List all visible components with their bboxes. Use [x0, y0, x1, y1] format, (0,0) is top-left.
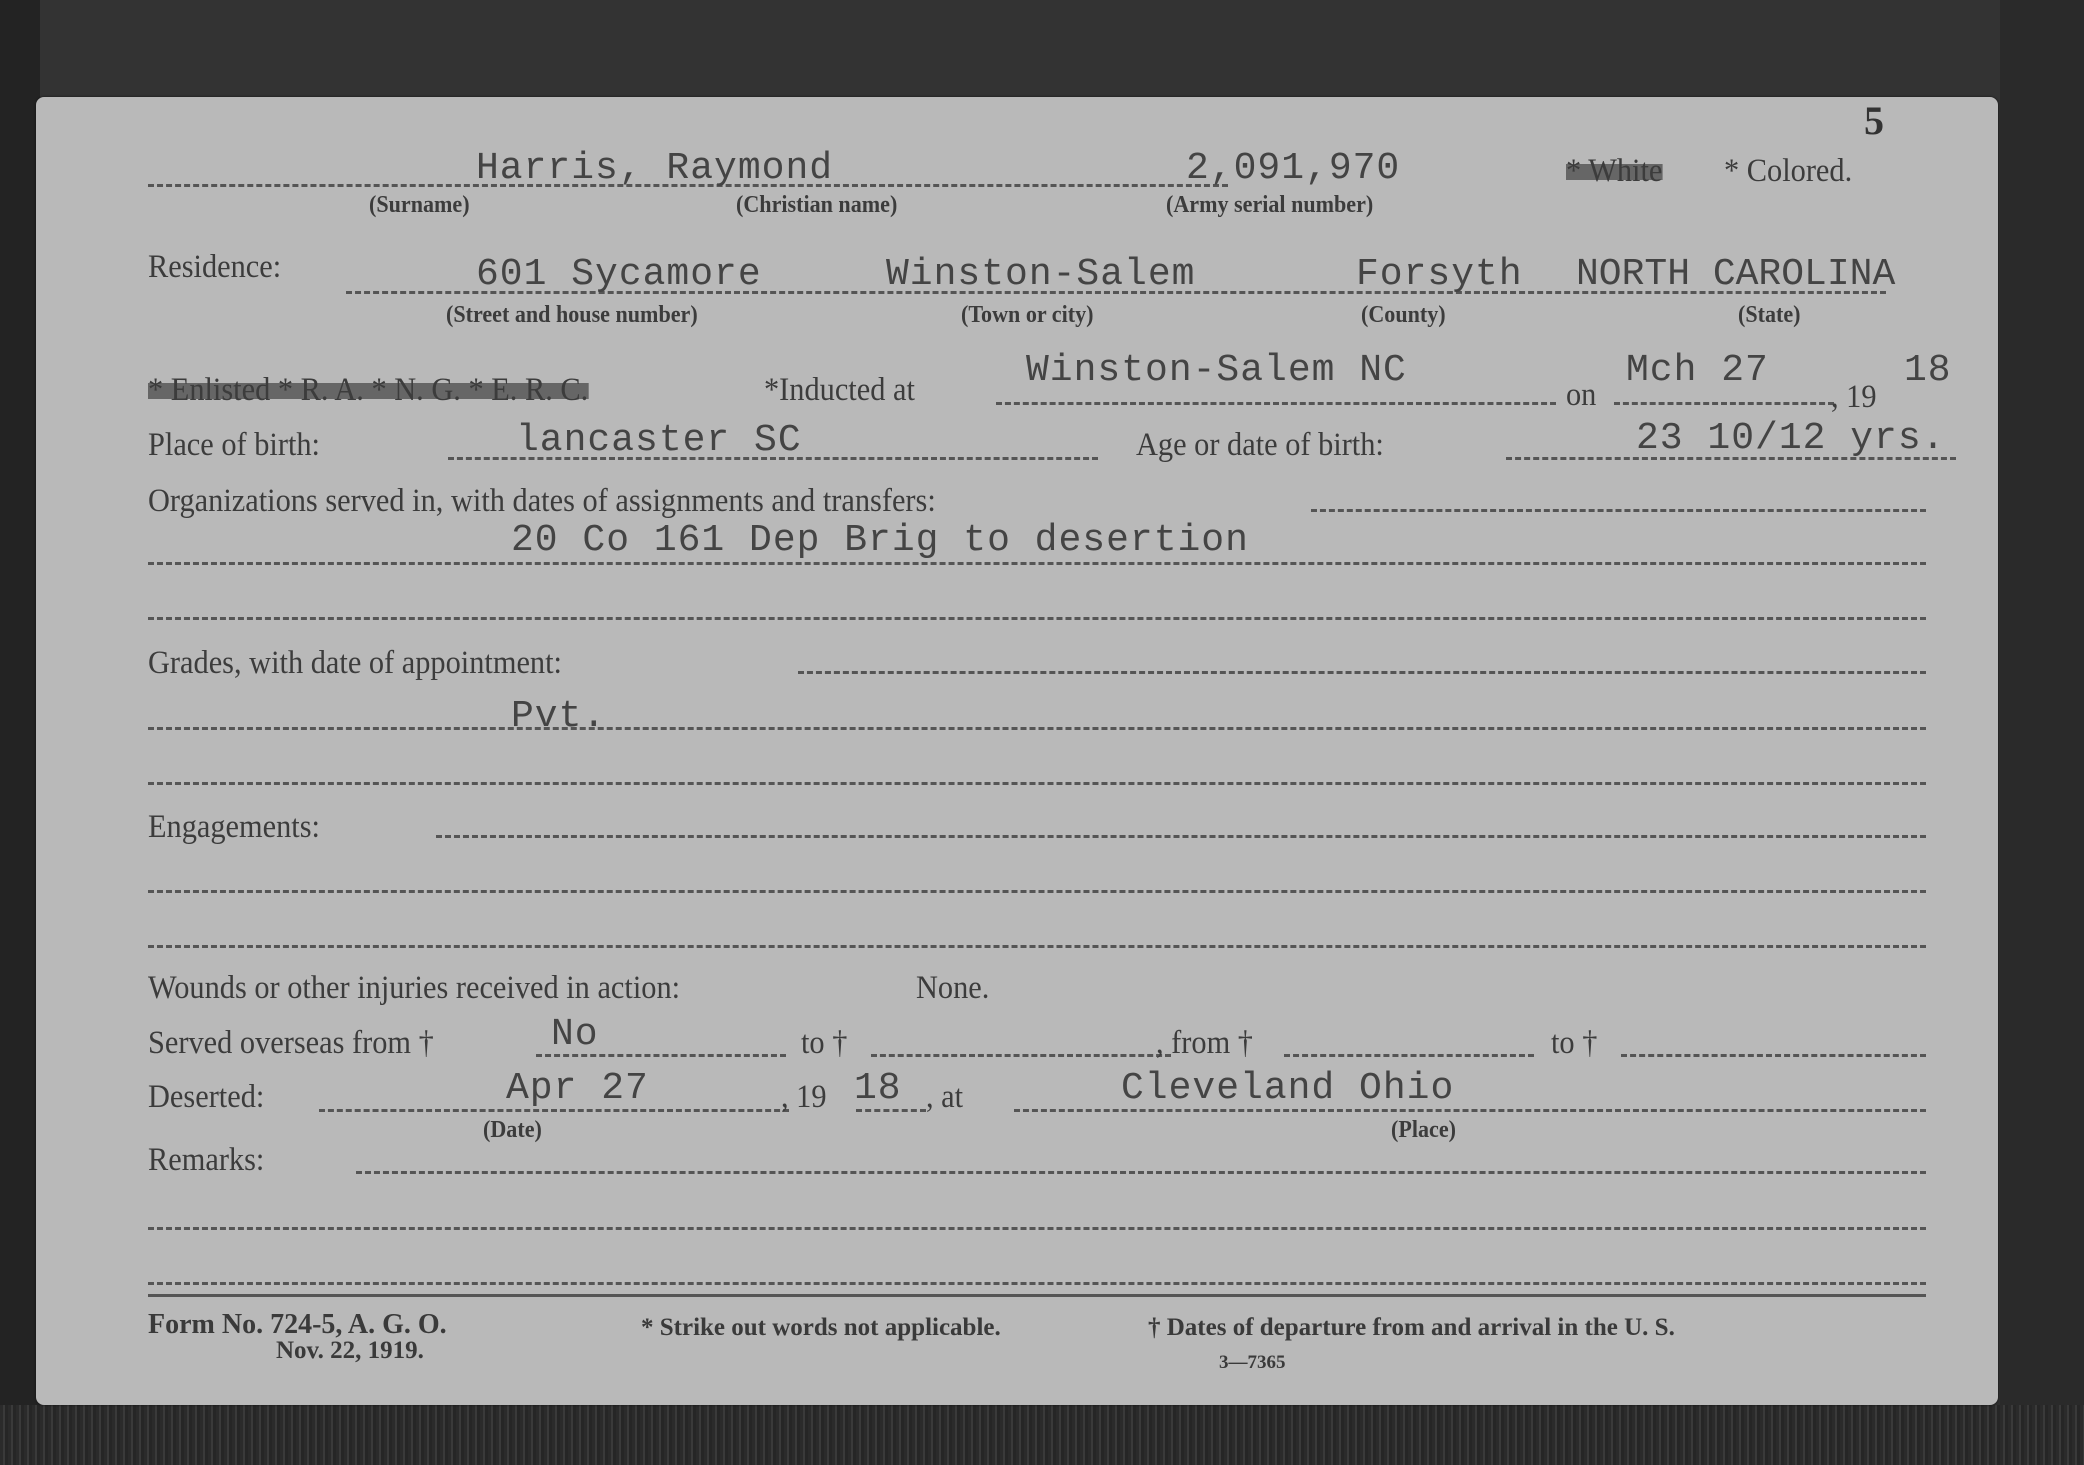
- induction-year-value: 18: [1904, 349, 1952, 392]
- name-value: Harris, Raymond: [476, 147, 833, 190]
- engagements-line-2: [148, 890, 1926, 893]
- dagger-note: † Dates of departure from and arrival in…: [1148, 1314, 1675, 1342]
- deserted-label: Deserted:: [148, 1079, 264, 1116]
- overseas-from-value: No: [551, 1013, 599, 1056]
- residence-street: 601 Sycamore: [476, 253, 762, 296]
- deserted-year-line: [856, 1109, 926, 1112]
- form-date: Nov. 22, 1919.: [276, 1337, 424, 1365]
- background-bottom: [0, 1405, 2084, 1465]
- grades-label: Grades, with date of appointment:: [148, 645, 562, 682]
- induction-date-value: Mch 27: [1626, 349, 1769, 392]
- residence-county: Forsyth: [1356, 253, 1523, 296]
- deserted-date-value: Apr 27: [506, 1067, 649, 1110]
- organizations-line-2: [148, 562, 1926, 565]
- race-white-text: * White: [1566, 153, 1662, 189]
- overseas-from-label: Served overseas from †: [148, 1025, 434, 1062]
- grades-line-3: [148, 782, 1926, 785]
- street-caption: (Street and house number): [446, 302, 698, 329]
- enlistment-options: * Enlisted * R. A. * N. G. * E. R. C.: [148, 372, 588, 409]
- grades-line-1: [798, 671, 1926, 674]
- overseas-to2-line: [1621, 1054, 1926, 1057]
- footer-rule: [148, 1294, 1926, 1297]
- page-number: 5: [1864, 97, 1884, 144]
- surname-caption: (Surname): [369, 192, 470, 219]
- service-record-card: 5 Harris, Raymond (Surname) (Christian n…: [36, 97, 1998, 1405]
- christian-name-caption: (Christian name): [736, 192, 897, 219]
- organizations-line-1: [1311, 509, 1926, 512]
- state-caption: (State): [1738, 302, 1801, 329]
- inducted-place-value: Winston-Salem NC: [1026, 349, 1407, 392]
- residence-town: Winston-Salem: [886, 253, 1195, 296]
- engagements-line-3: [148, 945, 1926, 948]
- organizations-line-3: [148, 617, 1926, 620]
- inducted-at-label: *Inducted at: [764, 372, 915, 409]
- overseas-from2-line: [1284, 1054, 1534, 1057]
- town-caption: (Town or city): [961, 302, 1093, 329]
- place-of-birth-label: Place of birth:: [148, 427, 320, 464]
- age-label: Age or date of birth:: [1136, 427, 1384, 464]
- background-top: [0, 0, 2084, 100]
- deserted-place-value: Cleveland Ohio: [1121, 1067, 1454, 1110]
- serial-number-value: 2,091,970: [1186, 147, 1400, 190]
- engagements-line-1: [436, 835, 1926, 838]
- strike-out-note: * Strike out words not applicable.: [641, 1314, 1001, 1342]
- on-label: on: [1566, 377, 1596, 414]
- race-colored-option: * Colored.: [1724, 153, 1852, 190]
- wounds-value: None.: [916, 970, 989, 1007]
- inducted-place-line: [996, 402, 1556, 405]
- grades-value: Pvt.: [511, 695, 606, 738]
- remarks-line-3: [148, 1282, 1926, 1285]
- background-right: [2000, 0, 2084, 1465]
- grades-line-2: [148, 727, 1926, 730]
- overseas-to-line: [871, 1054, 1171, 1057]
- residence-state: NORTH CAROLINA: [1576, 253, 1895, 296]
- print-code: 3—7365: [1219, 1352, 1286, 1374]
- remarks-label: Remarks:: [148, 1142, 264, 1179]
- deserted-place-caption: (Place): [1391, 1117, 1456, 1144]
- induction-year-prefix: , 19: [1831, 379, 1877, 416]
- enlistment-options-text: * Enlisted * R. A. * N. G. * E. R. C.: [148, 372, 588, 408]
- place-of-birth-value: lancaster SC: [516, 419, 802, 462]
- deserted-date-caption: (Date): [483, 1117, 542, 1144]
- residence-label: Residence:: [148, 249, 281, 286]
- wounds-label: Wounds or other injuries received in act…: [148, 970, 680, 1007]
- engagements-label: Engagements:: [148, 809, 320, 846]
- county-caption: (County): [1361, 302, 1446, 329]
- deserted-year-value: 18: [854, 1067, 902, 1110]
- remarks-line-1: [356, 1171, 1926, 1174]
- overseas-to2-label: to †: [1551, 1025, 1597, 1062]
- remarks-line-2: [148, 1227, 1926, 1230]
- race-white-option: * White: [1566, 153, 1662, 190]
- organizations-label: Organizations served in, with dates of a…: [148, 483, 936, 520]
- serial-number-caption: (Army serial number): [1166, 192, 1373, 219]
- induction-date-line: [1614, 402, 1834, 405]
- age-value: 23 10/12 yrs.: [1636, 417, 1945, 460]
- deserted-at-label: , at: [926, 1079, 963, 1116]
- organizations-value: 20 Co 161 Dep Brig to desertion: [511, 519, 1249, 562]
- overseas-from2-label: , from †: [1156, 1025, 1253, 1062]
- background-left: [0, 0, 40, 1465]
- deserted-year-prefix: , 19: [781, 1079, 827, 1116]
- overseas-to-label: to †: [801, 1025, 847, 1062]
